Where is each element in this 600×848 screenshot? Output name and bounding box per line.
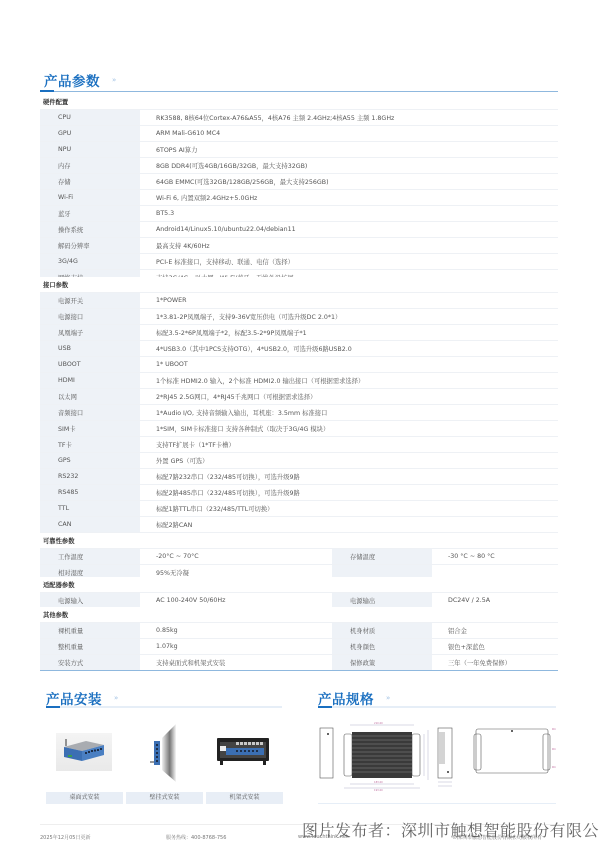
chevron-double-icon: » — [112, 76, 116, 84]
row-label: 安装方式 — [40, 655, 140, 671]
group-title-other: 其他参数 — [40, 607, 558, 623]
row-label: GPS — [40, 453, 140, 469]
table-row: RS485标配2路485串口（232/485可切换），可选升级9路 — [40, 485, 558, 501]
row-value: 外置 GPS（可选） — [140, 453, 558, 469]
spec-sheet-page: 产品参数 » 硬件配置 CPURK3588, 8核64位Cortex-A76&A… — [0, 0, 600, 848]
table-row: HDMI1个标准 HDMI2.0 输入，2个标准 HDMI2.0 输出接口（可根… — [40, 373, 558, 389]
row-label: CAN — [40, 517, 140, 533]
row-label: Wi-Fi — [40, 190, 140, 206]
row-value: 标配2路485串口（232/485可切换），可选升级9路 — [140, 485, 558, 501]
params-section-header: 产品参数 » — [44, 70, 116, 90]
row-value: 1*Audio I/O, 支持音频输入输出，耳机座：3.5mm 标准接口 — [140, 405, 558, 421]
row-value: 64GB EMMC(可选32GB/128GB/256GB，最大支持256GB) — [140, 174, 558, 190]
table-row: 3G/4GPCI-E 标准接口，支持移动、联通、电信（选择） — [40, 254, 558, 270]
table-row: 整机重量 1.07kg 机身颜色 银色+深蓝色 — [40, 639, 558, 655]
row-value: BT5.3 — [140, 206, 558, 222]
row-label: 存储 — [40, 174, 140, 190]
chevron-double-icon: » — [114, 694, 118, 702]
adapter-spec-table: 适配器参数 电源输入 AC 100-240V 50/60Hz 电源输出 DC24… — [40, 577, 558, 609]
row-value: 1个标准 HDMI2.0 输入，2个标准 HDMI2.0 输出接口（可根据需求选… — [140, 373, 558, 389]
table-row: Wi-FiWi-Fi 6, 内置双频2.4GHz+5.0GHz — [40, 190, 558, 206]
row-value: 标配1路TTL串口（232/485/TTL可切换） — [140, 501, 558, 517]
svg-text:183.00: 183.00 — [374, 780, 383, 784]
table-row: 操作系统Android14/Linux5.10/ubuntu22.04/debi… — [40, 222, 558, 238]
row-value: 1* UBOOT — [140, 357, 558, 373]
section-accent-bar — [318, 706, 332, 708]
spec-section-title: 产品规格 — [318, 688, 374, 708]
row-value: 1*SIM，SIM卡标准接口 支持各种制式（取决于3G/4G 模块） — [140, 421, 558, 437]
table-row: RS232标配7路232串口（232/485可切换），可选升级9路 — [40, 469, 558, 485]
row-label: TF卡 — [40, 437, 140, 453]
row-value: Android14/Linux5.10/ubuntu22.04/debian11 — [140, 222, 558, 238]
row-value: 支持桌面式和机架式安装 — [140, 655, 332, 671]
table-row: SIM卡1*SIM，SIM卡标准接口 支持各种制式（取决于3G/4G 模块） — [40, 421, 558, 437]
row-value: PCI-E 标准接口，支持移动、联通、电信（选择） — [140, 254, 558, 270]
table-row: GPS外置 GPS（可选） — [40, 453, 558, 469]
svg-text:193.00: 193.00 — [374, 788, 383, 792]
row-value: 最高支持 4K/60Hz — [140, 238, 558, 254]
row-value: ARM Mali-G610 MC4 — [140, 126, 558, 142]
row-label: 凤凰端子 — [40, 325, 140, 341]
row-value: 1*POWER — [140, 293, 558, 309]
row-label: USB — [40, 341, 140, 357]
group-title-interface: 接口参数 — [40, 277, 558, 293]
row-label: 解码分辨率 — [40, 238, 140, 254]
table-row: NPU6TOPS AI算力 — [40, 142, 558, 158]
row-label: 蓝牙 — [40, 206, 140, 222]
dimension-drawing: 210.00183.00193.00 Φ4Φ4Φ4 — [316, 720, 558, 796]
row-value: 6TOPS AI算力 — [140, 142, 558, 158]
row-value: 标配7路232串口（232/485可切换），可选升级9路 — [140, 469, 558, 485]
table-row: 内存8GB DDR4(可选4GB/16GB/32GB，最大支持32GB) — [40, 158, 558, 174]
row-value: 三年（一年免费保修） — [432, 655, 558, 671]
section-divider — [46, 706, 282, 708]
table-row: 解码分辨率最高支持 4K/60Hz — [40, 238, 558, 254]
row-value: 1*3.81-2P凤凰端子，支持9-36V宽压供电（可选升级DC 2.0*1） — [140, 309, 558, 325]
table-row: 以太网2*RJ45 2.5G网口，4*RJ45千兆网口（可根据需求选择） — [40, 389, 558, 405]
table-row: 电源开关1*POWER — [40, 293, 558, 309]
svg-text:210.00: 210.00 — [374, 721, 383, 725]
table-row: 存储64GB EMMC(可选32GB/128GB/256GB，最大支持256GB… — [40, 174, 558, 190]
group-title-reliability: 可靠性参数 — [40, 533, 558, 549]
wall-mount-photo — [148, 724, 178, 782]
spec-section-header: 产品规格 » — [318, 688, 390, 708]
footer-updated: 2025年12月05日更新 — [40, 834, 90, 841]
row-value: 支持TF扩展卡（1*TF卡槽） — [140, 437, 558, 453]
row-label: 机身材质 — [332, 623, 432, 639]
table-row: GPUARM Mali-G610 MC4 — [40, 126, 558, 142]
table-row: 电源接口1*3.81-2P凤凰端子，支持9-36V宽压供电（可选升级DC 2.0… — [40, 309, 558, 325]
row-label: 操作系统 — [40, 222, 140, 238]
row-label: RS485 — [40, 485, 140, 501]
svg-text:Φ4: Φ4 — [552, 727, 556, 731]
row-value: 4*USB3.0（其中1PCS支持OTG），4*USB2.0，可选升级6路USB… — [140, 341, 558, 357]
row-label: 存储温度 — [332, 549, 432, 565]
row-label: CPU — [40, 110, 140, 126]
row-label: HDMI — [40, 373, 140, 389]
row-label: 以太网 — [40, 389, 140, 405]
section-divider — [318, 803, 556, 804]
install-caption-wall: 壁挂式安装 — [126, 792, 203, 804]
row-label: RS232 — [40, 469, 140, 485]
row-value: -30 °C ~ 80 °C — [432, 549, 558, 565]
publisher-watermark: 图片发布者：深圳市触想智能股份有限公司 — [302, 818, 600, 841]
row-label: 电源接口 — [40, 309, 140, 325]
row-label: 机身颜色 — [332, 639, 432, 655]
row-label: GPU — [40, 126, 140, 142]
row-label: 音频接口 — [40, 405, 140, 421]
row-label: UBOOT — [40, 357, 140, 373]
row-value: 1.07kg — [140, 639, 332, 655]
group-title-adapter: 适配器参数 — [40, 577, 558, 593]
row-label: TTL — [40, 501, 140, 517]
footer-hotline: 服务热线：400-8768-756 — [166, 834, 226, 841]
row-value: 2*RJ45 2.5G网口，4*RJ45千兆网口（可根据需求选择） — [140, 389, 558, 405]
section-divider — [318, 706, 556, 708]
row-label: 保修政策 — [332, 655, 432, 671]
table-row: 裸机重量 0.85kg 机身材质 铝合金 — [40, 623, 558, 639]
table-row: CPURK3588, 8核64位Cortex-A76&A55，4核A76 主频 … — [40, 110, 558, 126]
row-label: 工作温度 — [40, 549, 140, 565]
params-section-title: 产品参数 — [44, 70, 100, 90]
row-value: 8GB DDR4(可选4GB/16GB/32GB，最大支持32GB) — [140, 158, 558, 174]
table-row: 蓝牙BT5.3 — [40, 206, 558, 222]
install-section-header: 产品安装 » — [46, 688, 118, 708]
group-title-hardware: 硬件配置 — [40, 94, 558, 110]
row-label: 3G/4G — [40, 254, 140, 270]
rack-mount-photo — [216, 737, 270, 767]
row-label: 电源开关 — [40, 293, 140, 309]
desktop-mount-photo — [56, 733, 112, 771]
other-spec-table: 其他参数 裸机重量 0.85kg 机身材质 铝合金 整机重量 1.07kg 机身… — [40, 607, 558, 671]
table-row: 凤凰端子标配3.5-2*6P凤凰端子*2，标配3.5-2*9P凤凰端子*1 — [40, 325, 558, 341]
section-divider — [40, 91, 558, 92]
reliability-spec-table: 可靠性参数 工作温度 -20°C ~ 70°C 存储温度 -30 °C ~ 80… — [40, 533, 558, 581]
chevron-double-icon: » — [386, 694, 390, 702]
install-caption-rack: 机架式安装 — [206, 792, 283, 804]
row-label: NPU — [40, 142, 140, 158]
row-value: 标配3.5-2*6P凤凰端子*2，标配3.5-2*9P凤凰端子*1 — [140, 325, 558, 341]
table-row: TF卡支持TF扩展卡（1*TF卡槽） — [40, 437, 558, 453]
row-value: Wi-Fi 6, 内置双频2.4GHz+5.0GHz — [140, 190, 558, 206]
table-row: 工作温度 -20°C ~ 70°C 存储温度 -30 °C ~ 80 °C — [40, 549, 558, 565]
table-row: USB4*USB3.0（其中1PCS支持OTG），4*USB2.0，可选升级6路… — [40, 341, 558, 357]
row-label: 裸机重量 — [40, 623, 140, 639]
row-value: 标配2路CAN — [140, 517, 558, 533]
section-accent-bar — [46, 706, 60, 708]
table-row: 音频接口1*Audio I/O, 支持音频输入输出，耳机座：3.5mm 标准接口 — [40, 405, 558, 421]
row-value: 0.85kg — [140, 623, 332, 639]
section-accent-bar — [40, 90, 54, 92]
interface-spec-table: 接口参数 电源开关1*POWER 电源接口1*3.81-2P凤凰端子，支持9-3… — [40, 277, 558, 549]
svg-text:Φ4: Φ4 — [552, 765, 556, 769]
install-section-title: 产品安装 — [46, 688, 102, 708]
table-row: UBOOT1* UBOOT — [40, 357, 558, 373]
hardware-spec-table: 硬件配置 CPURK3588, 8核64位Cortex-A76&A55，4核A7… — [40, 94, 558, 286]
row-label: SIM卡 — [40, 421, 140, 437]
row-label: 整机重量 — [40, 639, 140, 655]
table-row: CAN标配2路CAN — [40, 517, 558, 533]
row-label: 内存 — [40, 158, 140, 174]
row-value: 铝合金 — [432, 623, 558, 639]
row-value: -20°C ~ 70°C — [140, 549, 332, 565]
row-value: 银色+深蓝色 — [432, 639, 558, 655]
table-row: 安装方式 支持桌面式和机架式安装 保修政策 三年（一年免费保修） — [40, 655, 558, 671]
row-value: RK3588, 8核64位Cortex-A76&A55，4核A76 主频 2.4… — [140, 110, 558, 126]
install-caption-desktop: 桌面式安装 — [46, 792, 123, 804]
table-row: TTL标配1路TTL串口（232/485/TTL可切换） — [40, 501, 558, 517]
svg-text:Φ4: Φ4 — [552, 747, 556, 751]
